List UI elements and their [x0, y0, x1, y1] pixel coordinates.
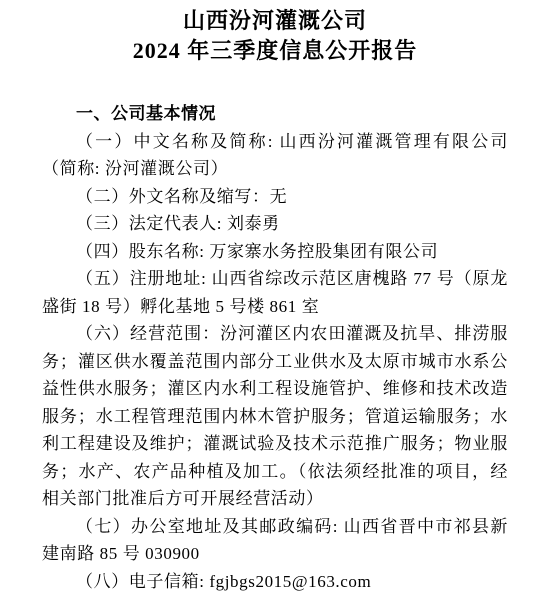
paragraph-foreign-name: （二）外文名称及缩写：无: [42, 183, 508, 211]
paragraph-email: （八）电子信箱: fgjbgs2015@163.com: [42, 568, 508, 596]
document-page: 山西汾河灌溉公司 2024 年三季度信息公开报告 一、公司基本情况 （一）中文名…: [0, 0, 550, 598]
paragraph-office-address-postcode: （七）办公室地址及其邮政编码: 山西省晋中市祁县新建南路 85 号 030900: [42, 513, 508, 568]
paragraph-business-scope: （六）经营范围：汾河灌区内农田灌溉及抗旱、排涝服务；灌区供水覆盖范围内部分工业供…: [42, 320, 508, 513]
report-title: 山西汾河灌溉公司 2024 年三季度信息公开报告: [42, 6, 508, 66]
paragraph-shareholder-name: （四）股东名称: 万家寨水务控股集团有限公司: [42, 238, 508, 266]
paragraph-legal-representative: （三）法定代表人: 刘泰勇: [42, 210, 508, 238]
section-heading-company-basic-info: 一、公司基本情况: [42, 100, 508, 128]
paragraph-chinese-name: （一）中文名称及简称: 山西汾河灌溉管理有限公司（简称: 汾河灌溉公司）: [42, 128, 508, 183]
report-title-line2: 2024 年三季度信息公开报告: [42, 36, 508, 66]
report-title-line1: 山西汾河灌溉公司: [42, 6, 508, 36]
paragraph-registered-address: （五）注册地址: 山西省综改示范区唐槐路 77 号（原龙盛街 18 号）孵化基地…: [42, 265, 508, 320]
